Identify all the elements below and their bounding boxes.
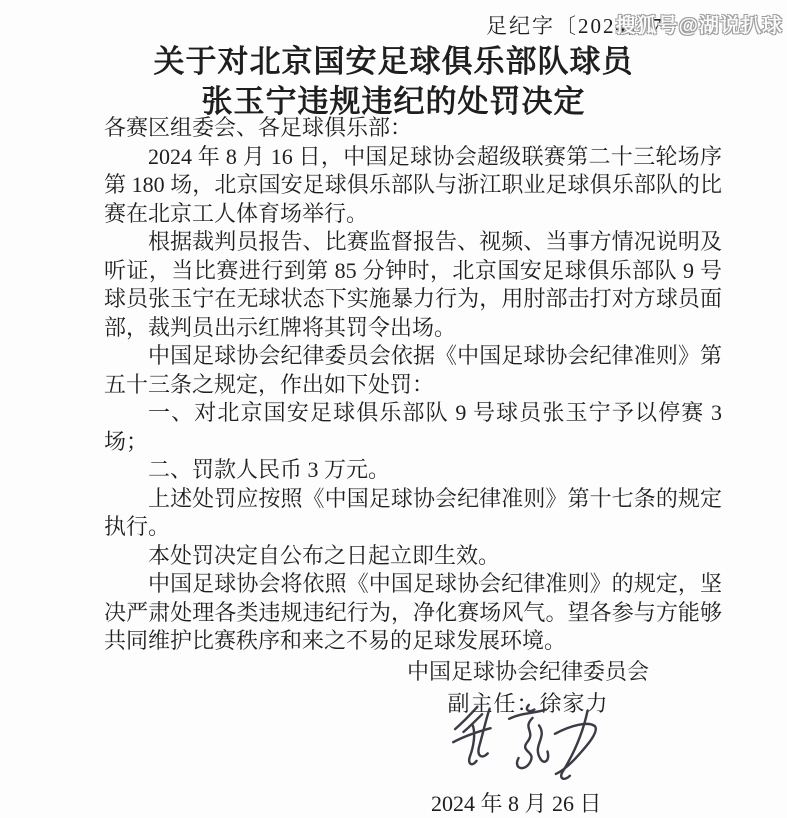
- doc-date: 2024 年 8 月 26 日: [431, 787, 602, 818]
- document-page: 足纪字〔2024〕7 搜狐号@湖说扒球 关于对北京国安足球俱乐部队球员 张玉宁违…: [0, 0, 787, 818]
- salutation: 各赛区组委会、各足球俱乐部：: [104, 114, 722, 143]
- paragraph-closing: 中国足球协会将依照《中国足球协会纪律准则》的规定，坚决严肃处理各类违规违纪行为，…: [104, 570, 722, 656]
- handwritten-signature: [446, 703, 606, 792]
- signature-icon: [446, 703, 606, 787]
- paragraph-incident: 根据裁判员报告、比赛监督报告、视频、当事方情况说明及听证，当比赛进行到第 85 …: [104, 228, 722, 342]
- paragraph-effective: 本处罚决定自公布之日起立即生效。: [104, 542, 722, 571]
- signing-organization: 中国足球协会纪律委员会: [400, 655, 656, 686]
- doc-title-line1: 关于对北京国安足球俱乐部队球员: [0, 36, 787, 81]
- paragraph-execution: 上述处罚应按照《中国足球协会纪律准则》第十七条的规定执行。: [104, 485, 722, 542]
- paragraph-penalty-1: 一、对北京国安足球俱乐部队 9 号球员张玉宁予以停赛 3 场；: [104, 399, 722, 456]
- paragraph-match-info: 2024 年 8 月 16 日，中国足球协会超级联赛第二十三轮场序第 180 场…: [104, 143, 722, 229]
- paragraph-penalty-2: 二、罚款人民币 3 万元。: [104, 456, 722, 485]
- doc-body: 各赛区组委会、各足球俱乐部： 2024 年 8 月 16 日，中国足球协会超级联…: [104, 114, 722, 656]
- publisher-watermark: 搜狐号@湖说扒球: [615, 9, 783, 38]
- paragraph-ruling-basis: 中国足球协会纪律委员会依据《中国足球协会纪律准则》第五十三条之规定，作出如下处罚…: [104, 342, 722, 399]
